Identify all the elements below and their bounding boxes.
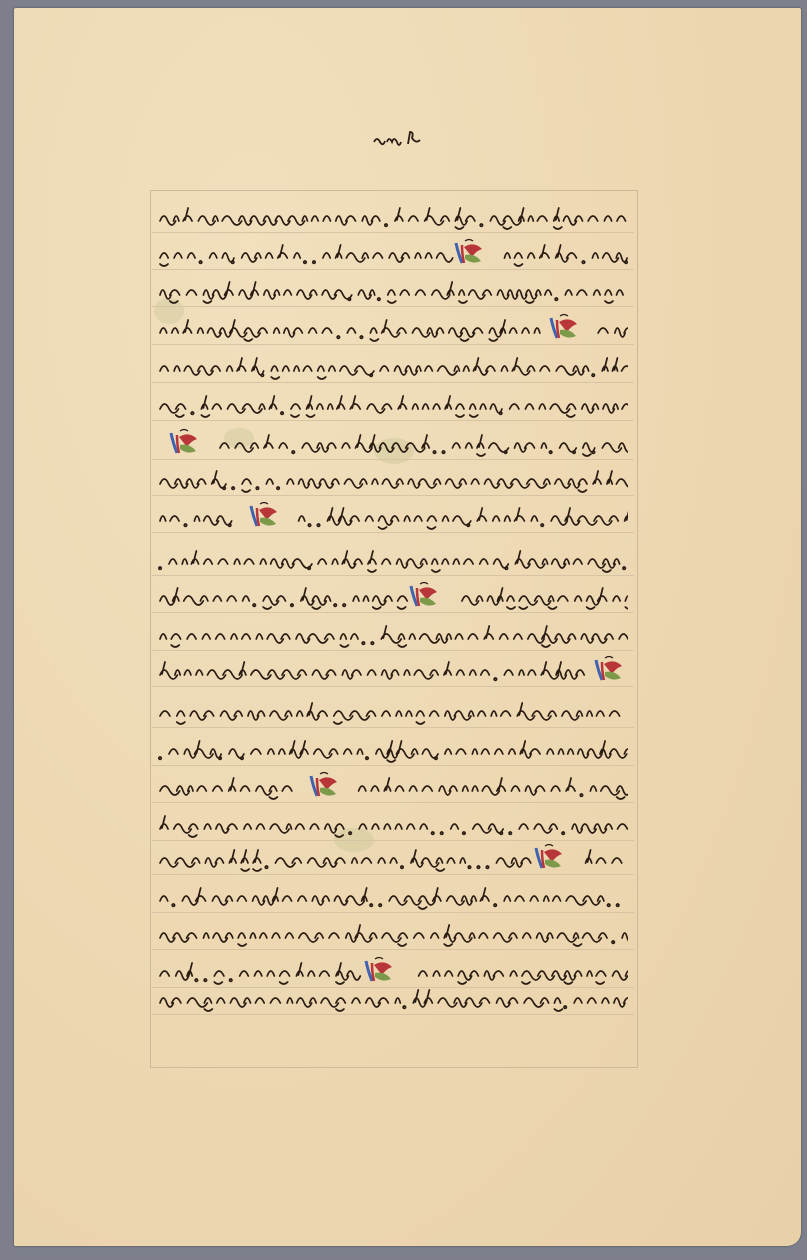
floral-ornament-icon bbox=[306, 770, 340, 800]
ruling-line bbox=[152, 382, 634, 383]
script-line bbox=[158, 392, 628, 420]
ruling-line bbox=[152, 1014, 634, 1015]
script-line bbox=[158, 658, 628, 686]
ruling-line bbox=[152, 765, 634, 766]
script-line bbox=[158, 699, 628, 727]
ruling-line bbox=[152, 420, 634, 421]
ruling-line bbox=[152, 612, 634, 613]
ruling-line bbox=[152, 727, 634, 728]
floral-ornament-icon bbox=[166, 427, 200, 457]
page-number-glyphs bbox=[370, 128, 430, 150]
ruling-line bbox=[152, 532, 634, 533]
script-line bbox=[158, 884, 628, 912]
script-line bbox=[158, 204, 628, 232]
script-line bbox=[158, 467, 628, 495]
script-line bbox=[158, 774, 628, 802]
ruling-line bbox=[152, 459, 634, 460]
ruling-line bbox=[152, 650, 634, 651]
script-line bbox=[158, 737, 628, 765]
floral-ornament-icon bbox=[546, 312, 580, 342]
ruling-line bbox=[152, 802, 634, 803]
ruling-line bbox=[152, 912, 634, 913]
floral-ornament-icon bbox=[406, 580, 440, 610]
floral-ornament-icon bbox=[246, 500, 280, 530]
ruling-line bbox=[152, 306, 634, 307]
script-line bbox=[158, 986, 628, 1014]
script-line bbox=[158, 278, 628, 306]
ruling-line bbox=[152, 840, 634, 841]
page-number bbox=[370, 128, 430, 154]
ruling-line bbox=[152, 686, 634, 687]
ruling-line bbox=[152, 575, 634, 576]
ruling-line bbox=[152, 344, 634, 345]
floral-ornament-icon bbox=[591, 654, 625, 684]
script-line bbox=[158, 354, 628, 382]
script-line bbox=[158, 812, 628, 840]
script-line bbox=[158, 921, 628, 949]
ruling-line bbox=[152, 269, 634, 270]
script-line bbox=[158, 622, 628, 650]
script-line bbox=[158, 504, 628, 532]
script-line bbox=[158, 431, 628, 459]
floral-ornament-icon bbox=[531, 842, 565, 872]
script-line bbox=[158, 241, 628, 269]
ruling-line bbox=[152, 232, 634, 233]
ruling-line bbox=[152, 874, 634, 875]
floral-ornament-icon bbox=[451, 237, 485, 267]
script-line bbox=[158, 547, 628, 575]
ruling-line bbox=[152, 987, 634, 988]
ruling-line bbox=[152, 495, 634, 496]
ruling-line bbox=[152, 949, 634, 950]
floral-ornament-icon bbox=[361, 955, 395, 985]
script-line bbox=[158, 584, 628, 612]
